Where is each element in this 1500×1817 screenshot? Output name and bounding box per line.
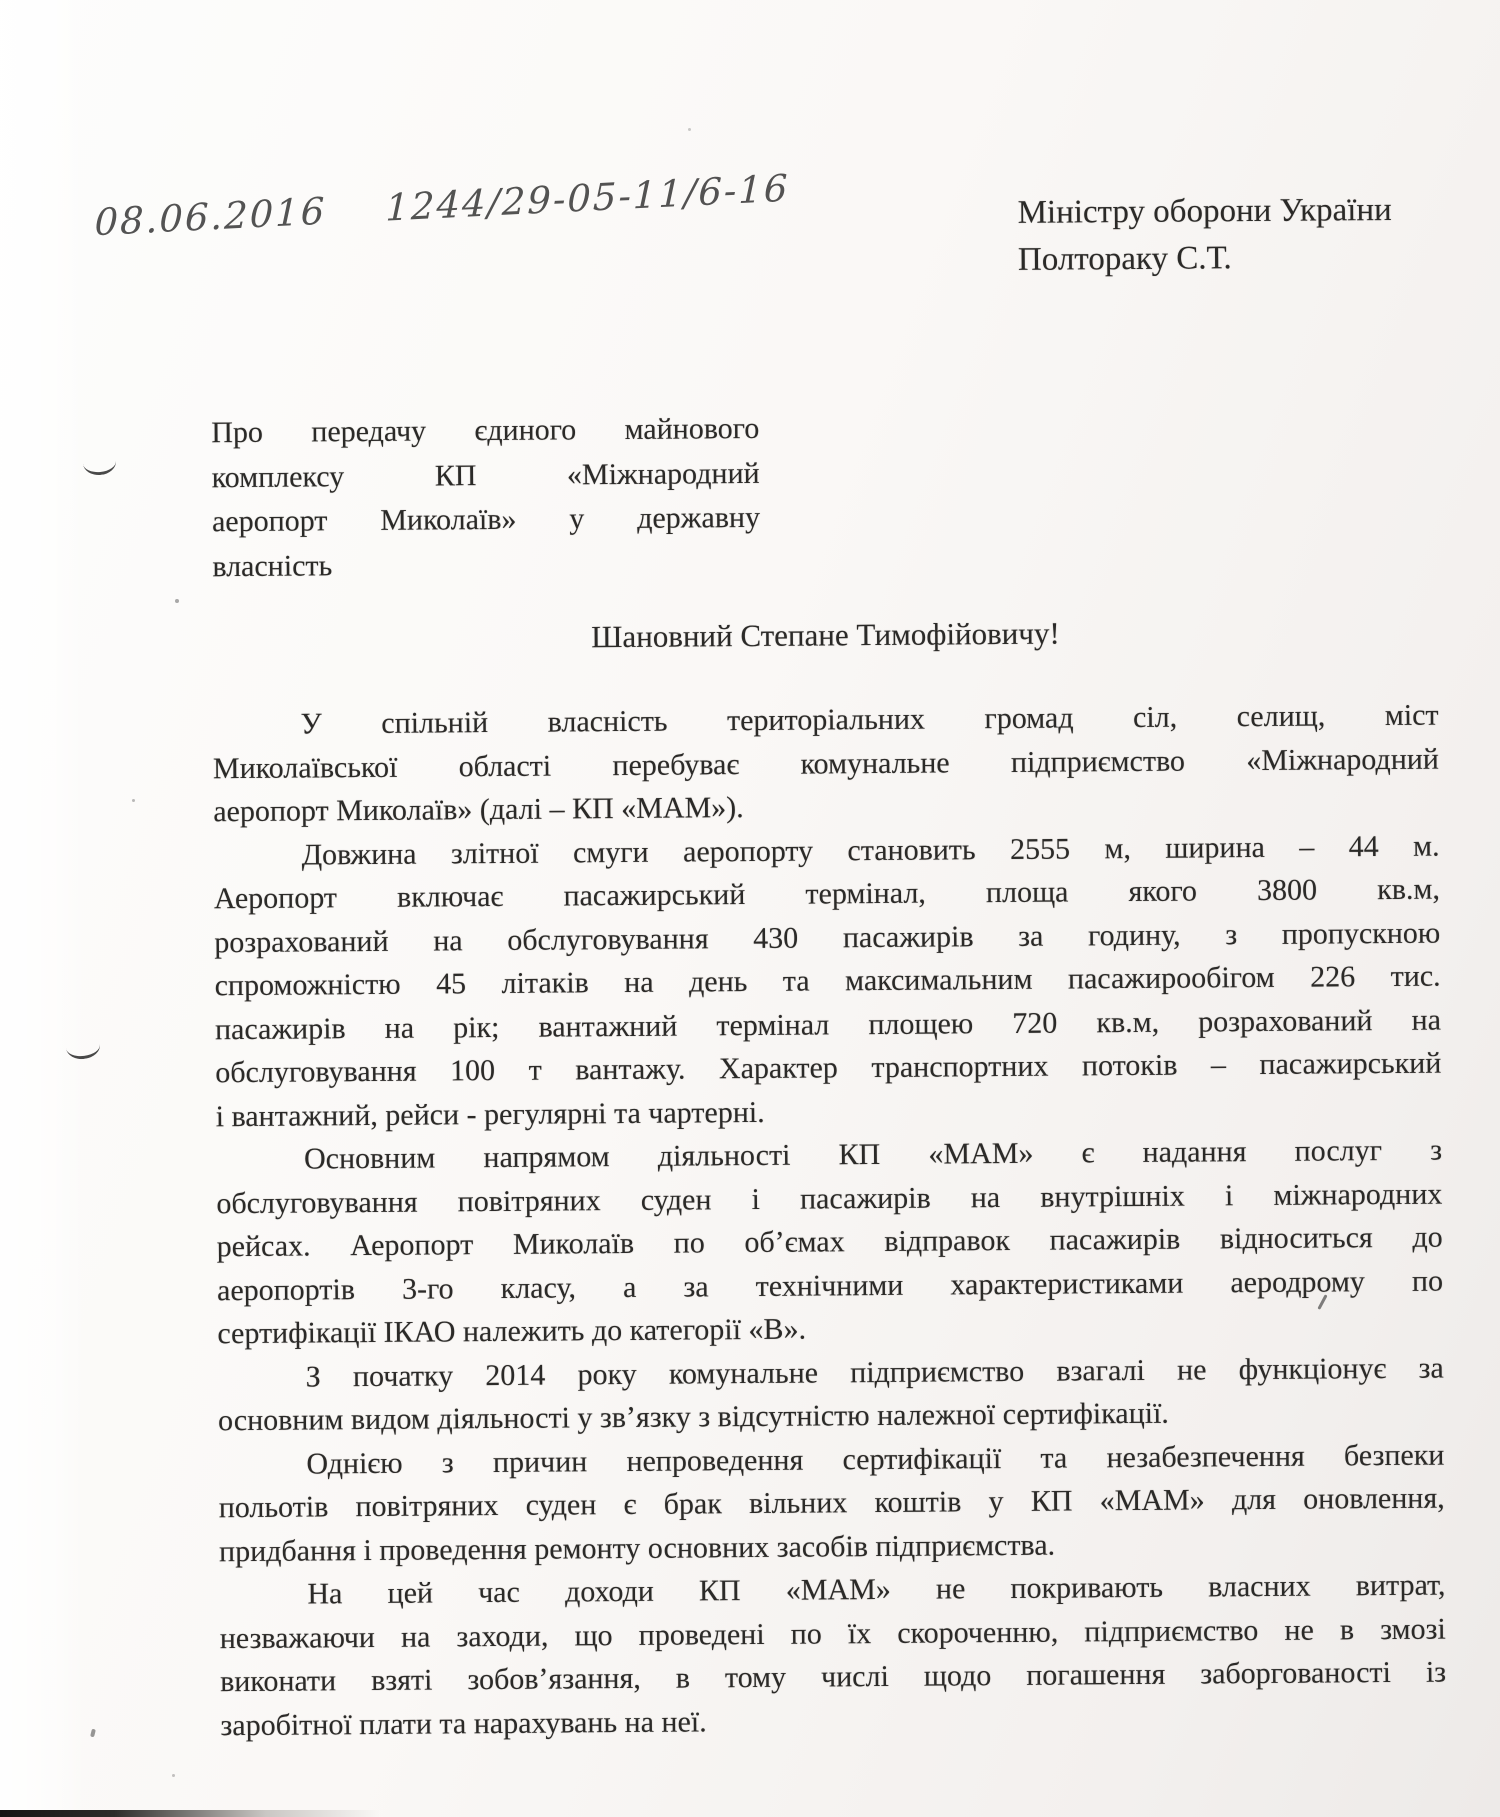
- subject-block: Про передачу єдиного майновогокомплексу …: [211, 407, 760, 589]
- letter-sheet: 08.06.2016 1244/29-05-11/6-16 Міністру о…: [0, 0, 1500, 1817]
- recipient-line: Полтораку С.Т.: [1018, 233, 1448, 283]
- scan-speck: [175, 599, 179, 603]
- subject-line: комплексу КП «Міжнародний: [211, 451, 759, 500]
- subject-line: аеропорт Миколаїв» у державну: [212, 496, 760, 545]
- scanned-letter-page: { "colors": { "paper": "#faf8f6", "ink":…: [0, 0, 1500, 1817]
- handwritten-registration-number: 08.06.2016 1244/29-05-11/6-16: [94, 171, 734, 243]
- subject-line: Про передачу єдиного майнового: [211, 407, 759, 456]
- scan-bottom-edge-shadow: [0, 1810, 380, 1817]
- body-text: У спільній власність територіальних гром…: [212, 694, 1446, 1748]
- body-line: заробітної плати та нарахувань на неї.: [220, 1694, 1446, 1747]
- recipient-block: Міністру оборони України Полтораку С.Т.: [1017, 187, 1448, 284]
- recipient-line: Міністру оборони України: [1017, 187, 1447, 237]
- subject-line: власність: [212, 540, 760, 589]
- scan-speck: [132, 799, 135, 802]
- salutation: Шановний Степане Тимофійовичу!: [213, 609, 1438, 663]
- scan-speck: [172, 1774, 175, 1777]
- scan-speck: [688, 128, 691, 131]
